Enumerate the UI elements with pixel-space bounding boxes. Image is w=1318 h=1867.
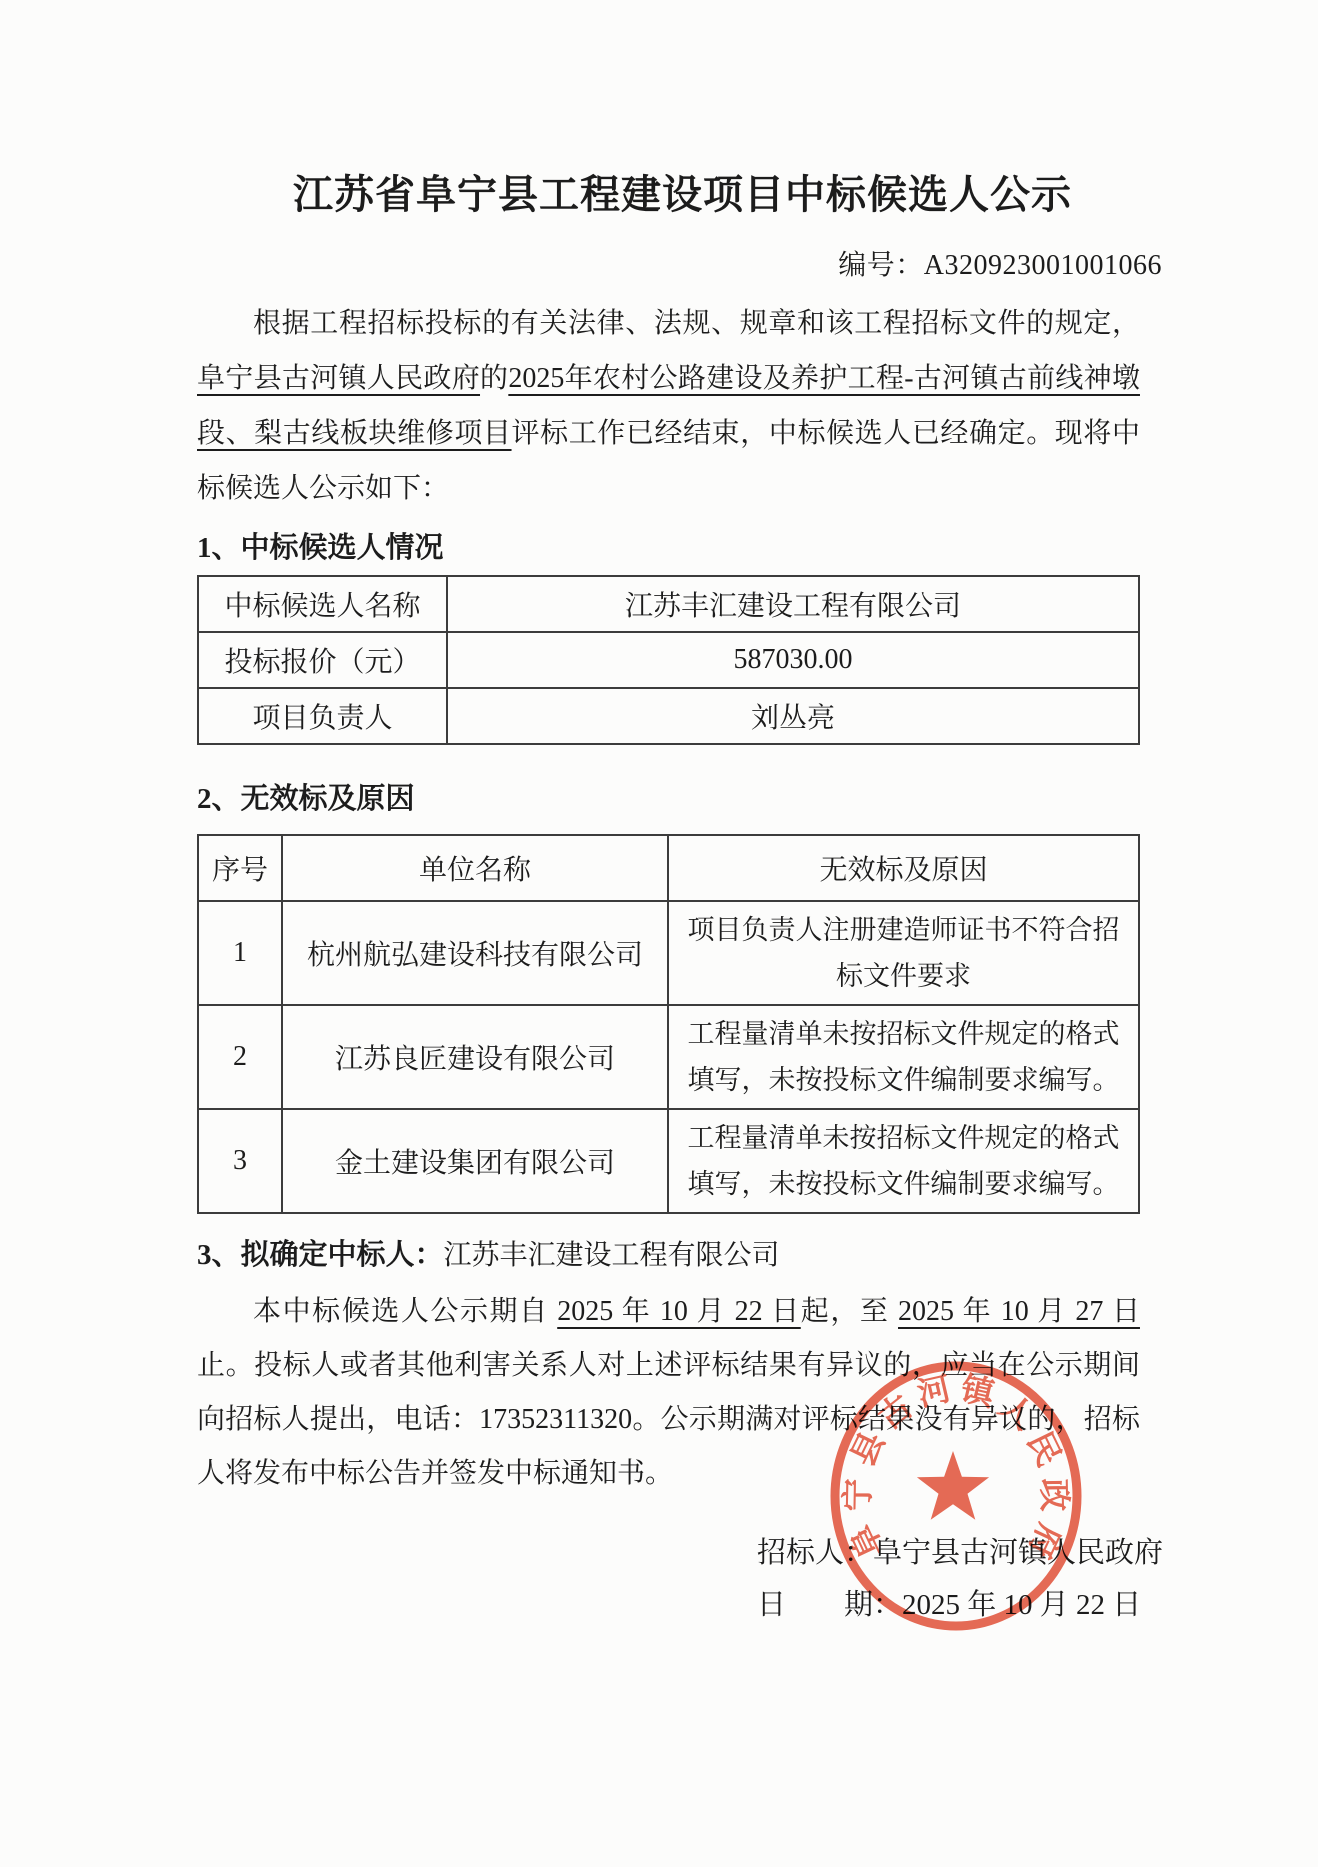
section3-line: 3、拟确定中标人：江苏丰汇建设工程有限公司 xyxy=(197,1236,1140,1275)
document-content: 江苏省阜宁县工程建设项目中标候选人公示 编号：A320923001001066 … xyxy=(197,0,1140,1631)
document-page: 江苏省阜宁县工程建设项目中标候选人公示 编号：A320923001001066 … xyxy=(0,0,1318,1867)
section1-heading: 1、中标候选人情况 xyxy=(197,530,1140,566)
row-company: 杭州航弘建设科技有限公司 xyxy=(282,901,668,1005)
row-reason: 项目负责人注册建造师证书不符合招标文件要求 xyxy=(668,901,1139,1005)
bid-price-value: 587030.00 xyxy=(447,632,1139,688)
row-serial: 3 xyxy=(198,1109,282,1213)
header-company: 单位名称 xyxy=(282,835,668,901)
date-line: 日 期：2025 年 10 月 22 日 xyxy=(757,1579,1140,1631)
closing-seg5: 止。投标人或者其他利害关系人对上述评标结果有异议的，应当在公示期间向招标人提出，… xyxy=(197,1350,1140,1489)
table-row: 2 江苏良匠建设有限公司 工程量清单未按招标文件规定的格式填写，未按投标文件编制… xyxy=(198,1005,1139,1109)
row-serial: 2 xyxy=(198,1005,282,1109)
closing-paragraph: 本中标候选人公示期自 2025 年 10 月 22 日起，至 2025 年 10… xyxy=(197,1285,1140,1501)
winning-candidate-table: 中标候选人名称 江苏丰汇建设工程有限公司 投标报价（元） 587030.00 项… xyxy=(197,575,1140,745)
table-row: 3 金土建设集团有限公司 工程量清单未按招标文件规定的格式填写，未按投标文件编制… xyxy=(198,1109,1139,1213)
signature-block: 招标人：阜宁县古河镇人民政府 日 期：2025 年 10 月 22 日 xyxy=(757,1527,1140,1631)
table-row: 项目负责人 刘丛亮 xyxy=(198,688,1139,744)
intro-tenderer-underlined: 阜宁县古河镇人民政府 xyxy=(197,363,480,394)
row-company: 金土建设集团有限公司 xyxy=(282,1109,668,1213)
intro-seg1: 根据工程招标投标的有关法律、法规、规章和该工程招标文件的规定， xyxy=(253,308,1140,339)
intro-paragraph: 根据工程招标投标的有关法律、法规、规章和该工程招标文件的规定，阜宁县古河镇人民政… xyxy=(197,296,1140,516)
project-manager-value: 刘丛亮 xyxy=(447,688,1139,744)
table-row: 1 杭州航弘建设科技有限公司 项目负责人注册建造师证书不符合招标文件要求 xyxy=(198,901,1139,1005)
doc-number-label: 编号： xyxy=(838,250,924,281)
tenderer-line: 招标人：阜宁县古河镇人民政府 xyxy=(757,1527,1140,1579)
row-company: 江苏良匠建设有限公司 xyxy=(282,1005,668,1109)
invalid-bids-table: 序号 单位名称 无效标及原因 1 杭州航弘建设科技有限公司 项目负责人注册建造师… xyxy=(197,834,1140,1214)
section3-heading: 3、拟确定中标人： xyxy=(197,1239,444,1271)
row-reason: 工程量清单未按招标文件规定的格式填写，未按投标文件编制要求编写。 xyxy=(668,1005,1139,1109)
bid-price-label: 投标报价（元） xyxy=(198,632,447,688)
tenderer-label: 招标人： xyxy=(757,1537,873,1569)
page-title: 江苏省阜宁县工程建设项目中标候选人公示 xyxy=(211,170,1154,220)
section2-heading: 2、无效标及原因 xyxy=(197,781,1140,817)
candidate-name-value: 江苏丰汇建设工程有限公司 xyxy=(447,576,1139,632)
doc-number-line: 编号：A320923001001066 xyxy=(197,248,1162,284)
date-label: 日 期： xyxy=(757,1589,902,1621)
publicity-start-date-underlined: 2025 年 10 月 22 日 xyxy=(557,1296,801,1327)
row-serial: 1 xyxy=(198,901,282,1005)
closing-seg3: 起，至 xyxy=(801,1296,898,1327)
closing-seg1: 本中标候选人公示期自 xyxy=(253,1296,557,1327)
intro-seg3: 的 xyxy=(480,363,508,394)
candidate-name-label: 中标候选人名称 xyxy=(198,576,447,632)
table-row: 投标报价（元） 587030.00 xyxy=(198,632,1139,688)
publicity-end-date-underlined: 2025 年 10 月 27 日 xyxy=(898,1296,1140,1327)
tenderer-name: 阜宁县古河镇人民政府 xyxy=(873,1537,1163,1569)
project-manager-label: 项目负责人 xyxy=(198,688,447,744)
header-serial: 序号 xyxy=(198,835,282,901)
doc-number-value: A320923001001066 xyxy=(924,250,1162,281)
proposed-winner: 江苏丰汇建设工程有限公司 xyxy=(444,1240,780,1271)
date-value: 2025 年 10 月 22 日 xyxy=(902,1589,1141,1621)
row-reason: 工程量清单未按招标文件规定的格式填写，未按投标文件编制要求编写。 xyxy=(668,1109,1139,1213)
header-reason: 无效标及原因 xyxy=(668,835,1139,901)
table-row: 中标候选人名称 江苏丰汇建设工程有限公司 xyxy=(198,576,1139,632)
table-header-row: 序号 单位名称 无效标及原因 xyxy=(198,835,1139,901)
